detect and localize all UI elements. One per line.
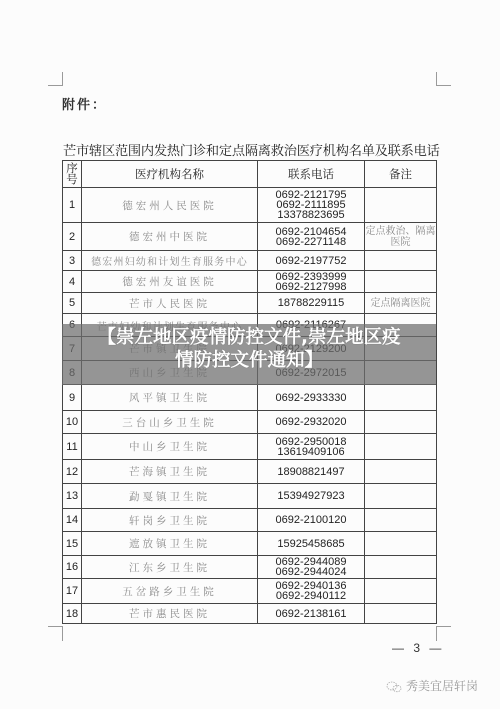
phone-cell: 0692-21217950692-211189513378823695	[258, 188, 365, 223]
institution-name: 芒海镇卫生院	[82, 460, 258, 484]
phone-number: 0692-2138161	[258, 609, 364, 619]
phone-number: 0692-2393999	[258, 272, 364, 282]
row-number: 5	[63, 293, 82, 314]
table-row: 2德宏州中医院0692-21046540692-2271148定点救治、隔离医院	[63, 223, 437, 251]
table-row: 12芒海镇卫生院18908821497	[63, 460, 437, 484]
institution-name: 芒市人民医院	[82, 293, 258, 314]
note-cell	[365, 434, 437, 460]
note-cell	[365, 604, 437, 624]
note-cell	[365, 188, 437, 223]
phone-cell: 0692-2138161	[258, 604, 365, 624]
note-cell	[365, 385, 437, 411]
crop-mark-top-right	[436, 72, 451, 86]
crop-mark-bottom-right	[436, 626, 451, 641]
phone-cell: 0692-295001813619409106	[258, 434, 365, 460]
phone-number: 13378823695	[258, 210, 364, 220]
phone-cell: 0692-2932020	[258, 411, 365, 434]
medical-institutions-table: 序号 医疗机构名称 联系电话 备注 1德宏州人民医院0692-212179506…	[62, 160, 437, 624]
phone-number: 0692-2271148	[258, 237, 364, 247]
phone-cell: 15925458685	[258, 532, 365, 556]
institution-name: 德宏州友谊医院	[82, 271, 258, 293]
table-row: 16江东乡卫生院0692-29440890692-2944024	[63, 556, 437, 579]
row-number: 2	[63, 223, 82, 251]
wechat-icon	[386, 681, 402, 693]
table-row: 3德宏州妇幼和计划生育服务中心0692-2197752	[63, 251, 437, 271]
institution-name: 德宏州人民医院	[82, 188, 258, 223]
caption-line-1: 【崇左地区疫情防控文件,崇左地区疫	[62, 326, 436, 349]
institution-name: 中山乡卫生院	[82, 434, 258, 460]
institution-name: 芒市惠民医院	[82, 604, 258, 624]
phone-number: 0692-2940112	[258, 591, 364, 601]
row-number: 4	[63, 271, 82, 293]
note-cell	[365, 556, 437, 579]
row-number: 10	[63, 411, 82, 434]
phone-cell: 15394927923	[258, 484, 365, 509]
crop-mark-top-left	[48, 72, 63, 86]
header-phone: 联系电话	[258, 161, 365, 188]
note-cell	[365, 411, 437, 434]
phone-number: 0692-2197752	[258, 256, 364, 266]
institution-name: 五岔路乡卫生院	[82, 579, 258, 604]
note-cell	[365, 251, 437, 271]
note-cell	[365, 460, 437, 484]
note-cell	[365, 532, 437, 556]
row-number: 13	[63, 484, 82, 509]
phone-cell: 0692-2933330	[258, 385, 365, 411]
row-number: 1	[63, 188, 82, 223]
phone-number: 0692-2127998	[258, 282, 364, 292]
institution-name: 勐戛镇卫生院	[82, 484, 258, 509]
phone-cell: 0692-29401360692-2940112	[258, 579, 365, 604]
phone-cell: 0692-2100120	[258, 509, 365, 532]
table-row: 4德宏州友谊医院0692-23939990692-2127998	[63, 271, 437, 293]
phone-number: 0692-2104654	[258, 227, 364, 237]
note-cell	[365, 271, 437, 293]
phone-cell: 0692-29440890692-2944024	[258, 556, 365, 579]
institution-name: 遮放镇卫生院	[82, 532, 258, 556]
caption-line-2: 情防控文件通知】	[62, 349, 436, 372]
phone-cell: 18788229115	[258, 293, 365, 314]
watermark: 秀美宜居轩岗	[386, 677, 478, 694]
row-number: 18	[63, 604, 82, 624]
phone-number: 15394927923	[258, 491, 364, 501]
note-cell	[365, 509, 437, 532]
institution-name: 三台山乡卫生院	[82, 411, 258, 434]
row-number: 14	[63, 509, 82, 532]
phone-number: 0692-2100120	[258, 515, 364, 525]
table-row: 13勐戛镇卫生院15394927923	[63, 484, 437, 509]
note-cell	[365, 579, 437, 604]
attachment-label: 附件：	[62, 94, 107, 113]
watermark-text: 秀美宜居轩岗	[406, 679, 478, 693]
table-row: 11中山乡卫生院0692-295001813619409106	[63, 434, 437, 460]
institution-name: 轩岗乡卫生院	[82, 509, 258, 532]
table-header-row: 序号 医疗机构名称 联系电话 备注	[63, 161, 437, 188]
institution-name: 德宏州妇幼和计划生育服务中心	[82, 251, 258, 271]
note-cell: 定点隔离医院	[365, 293, 437, 314]
document-title: 芒市辖区范围内发热门诊和定点隔离救治医疗机构名单及联系电话	[63, 140, 440, 159]
row-number: 3	[63, 251, 82, 271]
phone-cell: 18908821497	[258, 460, 365, 484]
row-number: 12	[63, 460, 82, 484]
page-number: — 3 —	[392, 641, 444, 655]
phone-number: 18908821497	[258, 467, 364, 477]
table-row: 17五岔路乡卫生院0692-29401360692-2940112	[63, 579, 437, 604]
phone-number: 13619409106	[258, 447, 364, 457]
row-number: 9	[63, 385, 82, 411]
institution-name: 风平镇卫生院	[82, 385, 258, 411]
row-number: 17	[63, 579, 82, 604]
caption-overlay-text: 【崇左地区疫情防控文件,崇左地区疫 情防控文件通知】	[62, 326, 436, 372]
phone-number: 0692-2950018	[258, 437, 364, 447]
table-row: 14轩岗乡卫生院0692-2100120	[63, 509, 437, 532]
table-row: 15遮放镇卫生院15925458685	[63, 532, 437, 556]
phone-cell: 0692-2197752	[258, 251, 365, 271]
phone-number: 15925458685	[258, 539, 364, 549]
header-note: 备注	[365, 161, 437, 188]
note-cell	[365, 484, 437, 509]
table-row: 18芒市惠民医院0692-2138161	[63, 604, 437, 624]
note-cell: 定点救治、隔离医院	[365, 223, 437, 251]
table-row: 9风平镇卫生院0692-2933330	[63, 385, 437, 411]
document-page: 附件： 芒市辖区范围内发热门诊和定点隔离救治医疗机构名单及联系电话 序号 医疗机…	[0, 0, 500, 709]
header-no: 序号	[63, 161, 82, 188]
table-row: 10三台山乡卫生院0692-2932020	[63, 411, 437, 434]
row-number: 15	[63, 532, 82, 556]
row-number: 11	[63, 434, 82, 460]
phone-number: 0692-2933330	[258, 393, 364, 403]
table-row: 5芒市人民医院18788229115定点隔离医院	[63, 293, 437, 314]
phone-number: 0692-2944024	[258, 567, 364, 577]
institution-name: 德宏州中医院	[82, 223, 258, 251]
crop-mark-bottom-left	[48, 626, 63, 641]
phone-number: 0692-2932020	[258, 417, 364, 427]
table-row: 1德宏州人民医院0692-21217950692-211189513378823…	[63, 188, 437, 223]
phone-cell: 0692-23939990692-2127998	[258, 271, 365, 293]
phone-number: 18788229115	[258, 298, 364, 308]
institution-name: 江东乡卫生院	[82, 556, 258, 579]
header-name: 医疗机构名称	[82, 161, 258, 188]
row-number: 16	[63, 556, 82, 579]
phone-cell: 0692-21046540692-2271148	[258, 223, 365, 251]
